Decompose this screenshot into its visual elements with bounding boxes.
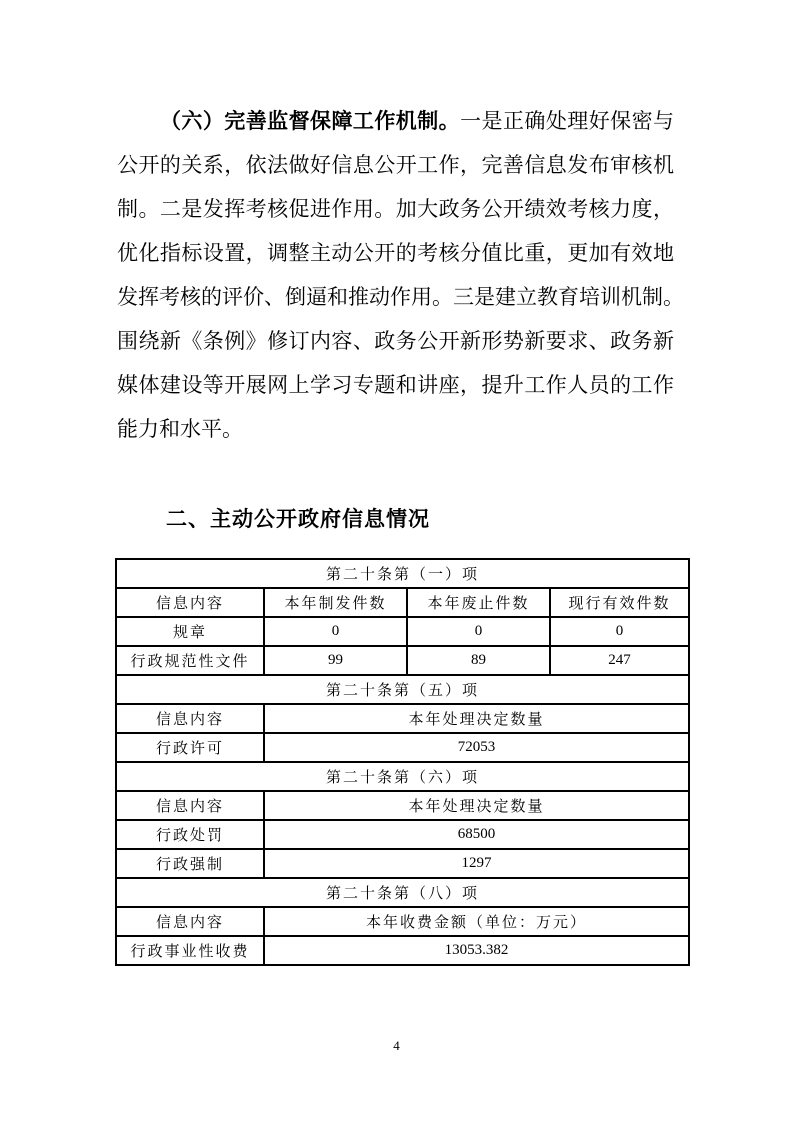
row-value: 13053.382: [264, 936, 689, 965]
row-value: 1297: [264, 849, 689, 878]
table-header-cell: 信息内容: [116, 907, 264, 936]
row-label: 行政规范性文件: [116, 646, 264, 675]
table-header-cell: 现行有效件数: [550, 588, 689, 617]
table-header-cell: 本年收费金额（单位：万元）: [264, 907, 689, 936]
table-header-cell: 信息内容: [116, 791, 264, 820]
table-section-title-row: 第二十条第（一）项: [116, 559, 689, 588]
row-label: 行政处罚: [116, 820, 264, 849]
table-row: 行政处罚 68500: [116, 820, 689, 849]
table-section-title: 第二十条第（八）项: [116, 878, 689, 907]
table-row: 行政事业性收费 13053.382: [116, 936, 689, 965]
paragraph-line-1: （六）完善监督保障工作机制。一是正确处理好保密与: [117, 99, 674, 143]
body-paragraph: （六）完善监督保障工作机制。一是正确处理好保密与 公开的关系，依法做好信息公开工…: [117, 99, 674, 451]
table-header-cell: 本年处理决定数量: [264, 791, 689, 820]
page-number: 4: [0, 1038, 793, 1054]
disclosure-table: 第二十条第（一）项 信息内容 本年制发件数 本年废止件数 现行有效件数 规章 0…: [115, 558, 690, 966]
row-value: 0: [550, 617, 689, 646]
table-header-cell: 信息内容: [116, 704, 264, 733]
table-header-row: 信息内容 本年处理决定数量: [116, 704, 689, 733]
table-section-title-row: 第二十条第（六）项: [116, 762, 689, 791]
table-section-title: 第二十条第（一）项: [116, 559, 689, 588]
table-header-row: 信息内容 本年制发件数 本年废止件数 现行有效件数: [116, 588, 689, 617]
table-section-title-row: 第二十条第（八）项: [116, 878, 689, 907]
table-header-row: 信息内容 本年处理决定数量: [116, 791, 689, 820]
row-value: 72053: [264, 733, 689, 762]
paragraph-line-4: 优化指标设置，调整主动公开的考核分值比重，更加有效地: [117, 231, 674, 275]
row-value: 0: [264, 617, 407, 646]
table-header-cell: 本年制发件数: [264, 588, 407, 617]
row-label: 行政事业性收费: [116, 936, 264, 965]
paragraph-line-8: 能力和水平。: [117, 407, 674, 451]
row-label: 行政强制: [116, 849, 264, 878]
row-value: 99: [264, 646, 407, 675]
table-section-title: 第二十条第（六）项: [116, 762, 689, 791]
row-value: 0: [407, 617, 550, 646]
table-row: 规章 0 0 0: [116, 617, 689, 646]
paragraph-line-7: 媒体建设等开展网上学习专题和讲座，提升工作人员的工作: [117, 363, 674, 407]
table-row: 行政规范性文件 99 89 247: [116, 646, 689, 675]
paragraph-line-3: 制。二是发挥考核促进作用。加大政务公开绩效考核力度，: [117, 187, 674, 231]
table-header-cell: 本年处理决定数量: [264, 704, 689, 733]
table-header-cell: 信息内容: [116, 588, 264, 617]
paragraph-line-5: 发挥考核的评价、倒逼和推动作用。三是建立教育培训机制。: [117, 275, 674, 319]
table-row: 行政许可 72053: [116, 733, 689, 762]
table-header-row: 信息内容 本年收费金额（单位：万元）: [116, 907, 689, 936]
table-section-title: 第二十条第（五）项: [116, 675, 689, 704]
paragraph-line-2: 公开的关系，依法做好信息公开工作，完善信息发布审核机: [117, 143, 674, 187]
paragraph-lead-bold: （六）完善监督保障工作机制。: [160, 109, 460, 133]
paragraph-line-1-rest: 一是正确处理好保密与: [460, 109, 674, 133]
row-label: 规章: [116, 617, 264, 646]
paragraph-line-6: 围绕新《条例》修订内容、政务公开新形势新要求、政务新: [117, 319, 674, 363]
row-label: 行政许可: [116, 733, 264, 762]
row-value: 68500: [264, 820, 689, 849]
table-header-cell: 本年废止件数: [407, 588, 550, 617]
table-row: 行政强制 1297: [116, 849, 689, 878]
table-section-title-row: 第二十条第（五）项: [116, 675, 689, 704]
row-value: 89: [407, 646, 550, 675]
section-heading: 二、主动公开政府信息情况: [166, 503, 430, 533]
row-value: 247: [550, 646, 689, 675]
document-page: （六）完善监督保障工作机制。一是正确处理好保密与 公开的关系，依法做好信息公开工…: [0, 0, 793, 1123]
